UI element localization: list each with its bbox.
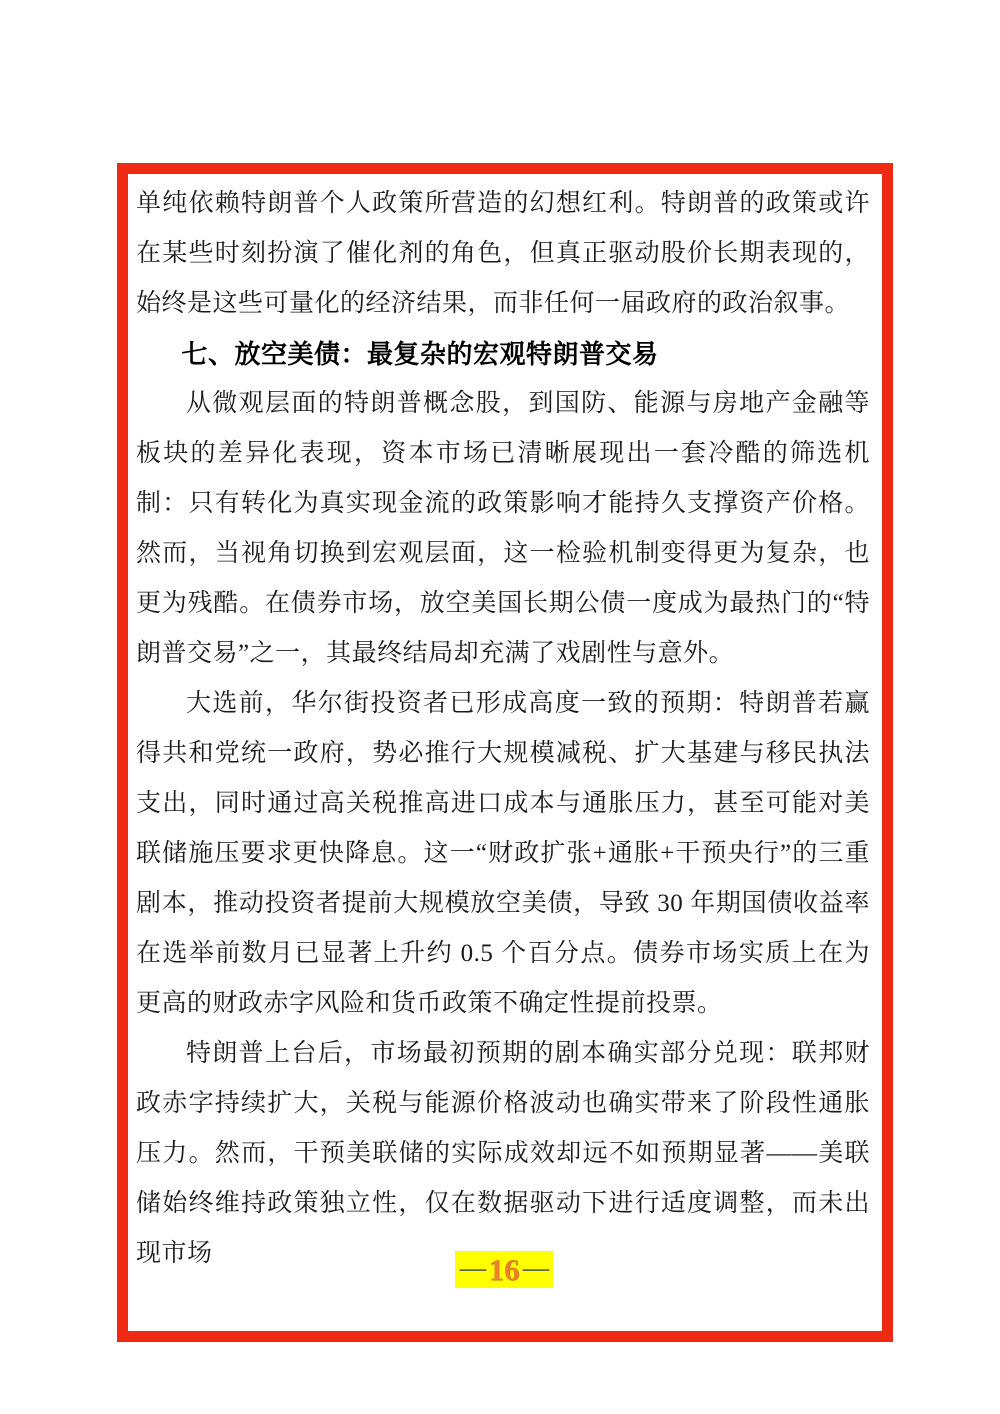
paragraph-micro-to-macro: 从微观层面的特朗普概念股，到国防、能源与房地产金融等板块的差异化表现，资本市场已… (136, 379, 870, 679)
page-number-dash-left: — (459, 1251, 485, 1288)
page-border-frame: 单纯依赖特朗普个人政策所营造的幻想红利。特朗普的政策或许在某些时刻扮演了催化剂的… (117, 163, 893, 1342)
page-text-area: 单纯依赖特朗普个人政策所营造的幻想红利。特朗普的政策或许在某些时刻扮演了催化剂的… (136, 179, 870, 1279)
section-heading: 七、放空美债：最复杂的宏观特朗普交易 (136, 329, 870, 379)
page-number-dash-right: — (522, 1251, 548, 1288)
paragraph-after-inauguration: 特朗普上台后，市场最初预期的剧本确实部分兑现：联邦财政赤字持续扩大，关税与能源价… (136, 1029, 870, 1279)
page-number-badge: — 16 — (455, 1251, 553, 1288)
paragraph-continuation: 单纯依赖特朗普个人政策所营造的幻想红利。特朗普的政策或许在某些时刻扮演了催化剂的… (136, 179, 870, 329)
paragraph-pre-election-expectation: 大选前，华尔街投资者已形成高度一致的预期：特朗普若赢得共和党统一政府，势必推行大… (136, 679, 870, 1029)
document-page: 单纯依赖特朗普个人政策所营造的幻想红利。特朗普的政策或许在某些时刻扮演了催化剂的… (0, 0, 1000, 1414)
page-number: 16 (489, 1251, 520, 1288)
